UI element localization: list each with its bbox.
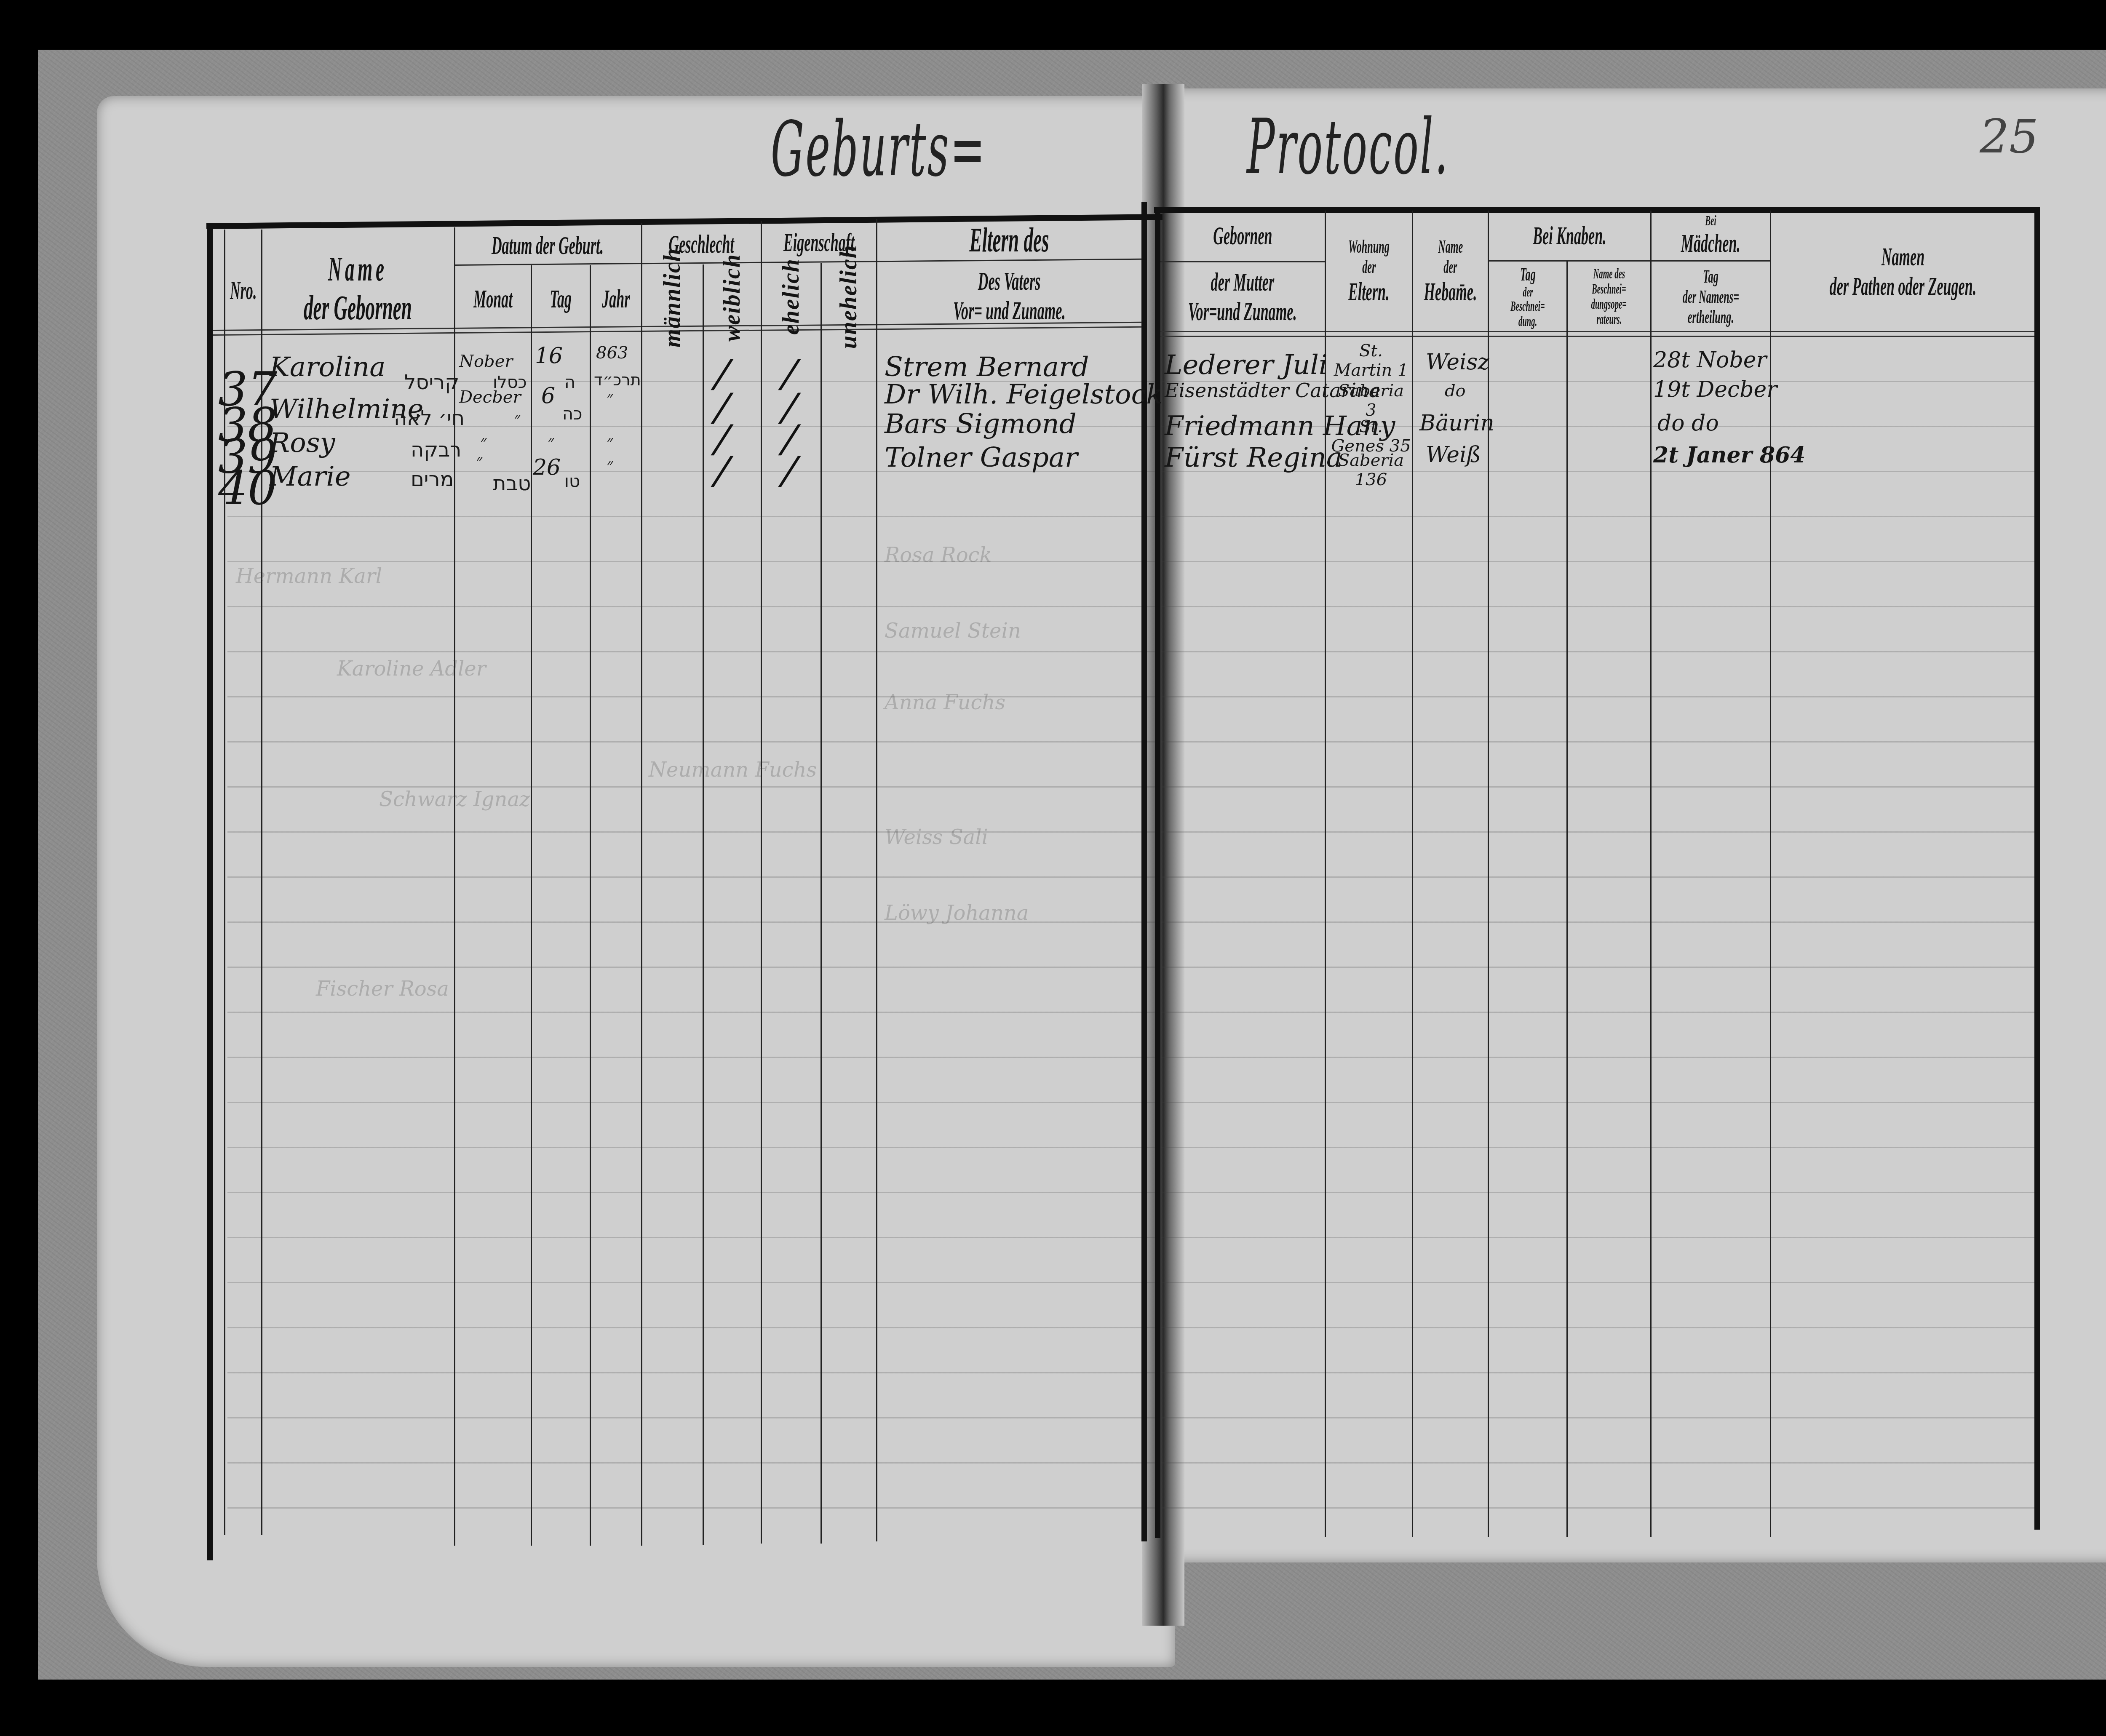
entry-tag: 26 [533, 455, 561, 480]
entry-tag: 16 [535, 343, 563, 369]
left-table-left-border [207, 225, 213, 1560]
right-table-right-border [2034, 207, 2040, 1530]
header-nro: Nro. [225, 253, 261, 329]
bleedthrough-text: Anna Fuchs [885, 691, 1005, 714]
entry-wohnung: Saberia 136 [1331, 451, 1411, 489]
entry-mutter: Fürst Regina [1165, 442, 1342, 473]
header-monat: Monat [455, 270, 531, 329]
entry-monat: ״ [480, 432, 486, 451]
header-hebamme: Name der Hebam̄e. [1413, 213, 1488, 331]
col-line [820, 263, 822, 1544]
bleedthrough-text: Fischer Rosa [316, 977, 449, 1001]
entry-monat: Decber [459, 387, 521, 407]
entry-namensertheilung: 28t Nober [1653, 347, 1767, 373]
entry-name: Rosy [270, 427, 335, 459]
right-header-bottom-rule [1160, 331, 2034, 337]
entry-wohnung: Saberia 3 [1331, 381, 1411, 420]
col-line [641, 223, 642, 1546]
entry-monat-hebrew: ״ [514, 409, 520, 428]
entry-hebamme: Weiß [1426, 442, 1481, 467]
entry-name-hebrew: חי׳ לאה [394, 406, 465, 430]
entry-hebamme: Bäurin [1419, 411, 1494, 436]
right-header-mid-rule [1160, 261, 1325, 262]
page-number: 25 [1980, 110, 2039, 163]
entry-name-hebrew: מרים [411, 467, 454, 491]
col-line [703, 264, 704, 1545]
entry-name: Marie [270, 461, 351, 492]
entry-monat: Nober [459, 352, 513, 371]
entry-jahr: ״ [607, 387, 613, 407]
header-unehelich: unehelich [821, 264, 876, 329]
col-line [1566, 261, 1568, 1537]
col-line [1488, 211, 1489, 1537]
title-geburts: Geburts= [771, 105, 986, 193]
bleedthrough-text: Weiss Sali [885, 825, 988, 849]
header-tag: Tag [532, 270, 590, 329]
entry-namensertheilung: 19t Decber [1653, 377, 1777, 402]
header-eltern: Eltern des [877, 219, 1141, 261]
entry-jahr: ״ [607, 455, 613, 475]
entry-wohnung: St. Martin 1 [1331, 341, 1411, 380]
col-line [761, 221, 762, 1544]
bleedthrough-text: Rosa Rock [885, 543, 992, 567]
bleedthrough-text: Neumann Fuchs [649, 758, 817, 782]
header-pathen: Namen der Pathen oder Zeugen. [1771, 213, 2034, 331]
entry-jahr-hebrew: תרכ״ד [594, 371, 641, 389]
entry-hebamme: Weisz [1426, 350, 1489, 375]
entry-monat-hebrew: טבת [493, 472, 531, 495]
header-ehelich: ehelich [762, 264, 820, 329]
header-datum: Datum der Geburt. [455, 227, 640, 263]
header-name: Name der Gebornen [262, 248, 454, 329]
right-header-mid-rule [1489, 260, 1771, 262]
entry-tag: 6 [541, 383, 555, 409]
entry-tag-hebrew: כה [562, 404, 582, 424]
col-line [531, 265, 532, 1546]
header-wohnung: Wohnung der Eltern. [1326, 213, 1412, 331]
entry-namensertheilung: do do [1657, 411, 1719, 436]
bleedthrough-text: Löwy Johanna [885, 901, 1029, 925]
entry-nro: 40 [218, 461, 277, 515]
bleedthrough-text: Karoline Adler [337, 657, 486, 681]
header-vater: Des Vaters Vor= und Zuname. [877, 263, 1141, 329]
header-jahr: Jahr [591, 270, 641, 329]
entry-vater: Dr Wilh. Feigelstock [885, 379, 1163, 410]
entry-tag-hebrew: טו [564, 472, 580, 491]
entry-wohnung: St. Genes 35 [1331, 417, 1411, 456]
entry-name: Karolina [270, 352, 385, 383]
entry-vater: Bars Sigmond [885, 409, 1077, 440]
bleedthrough-text: Samuel Stein [885, 619, 1021, 643]
title-protocol: Protocol. [1247, 103, 1449, 191]
entry-monat: ״ [476, 451, 482, 470]
entry-vater: Tolner Gaspar [885, 442, 1078, 473]
left-ruled-area [227, 337, 1163, 1550]
entry-name-hebrew: רבקה [411, 438, 461, 462]
header-maennlich: männlich [642, 266, 703, 329]
col-line [590, 265, 591, 1546]
col-line [1650, 211, 1652, 1537]
bleedthrough-text: Hermann Karl [236, 564, 382, 588]
entry-hebamme: do [1445, 381, 1466, 401]
entry-tag: ״ [548, 432, 554, 451]
entry-tag-hebrew: ה [564, 373, 575, 392]
bleedthrough-text: Schwarz Ignaz [379, 788, 530, 811]
col-line [1325, 211, 1326, 1537]
entry-jahr: ״ [607, 432, 613, 451]
header-maedchen: Bei Mädchen. [1652, 213, 1770, 259]
header-gebornen: Gebornen [1160, 213, 1325, 259]
header-maedchen-tag: Tag der Namens= ertheilung. [1652, 263, 1770, 331]
col-line [1770, 211, 1771, 1537]
header-knaben: Bei Knaben. [1489, 213, 1650, 259]
entry-vater: Strem Bernard [885, 352, 1089, 383]
col-line [876, 219, 877, 1541]
entry-mutter: Lederer Juli [1165, 350, 1327, 381]
entry-jahr: 863 [596, 343, 628, 363]
col-line [1412, 211, 1413, 1537]
header-knaben-tag: Tag der Beschnei= dung. [1489, 263, 1566, 331]
right-table-top-border [1154, 207, 2039, 213]
header-mutter: der Mutter Vor=und Zuname. [1160, 263, 1325, 331]
header-knaben-name: Name des Beschnei= dungsope= rateurs. [1568, 263, 1650, 331]
right-ruled-area [1163, 337, 2034, 1516]
header-weiblich: weiblich [703, 266, 761, 329]
entry-namensertheilung: 2t Janer 864 [1653, 442, 1806, 468]
entry-name-hebrew: קריסל [404, 371, 459, 394]
